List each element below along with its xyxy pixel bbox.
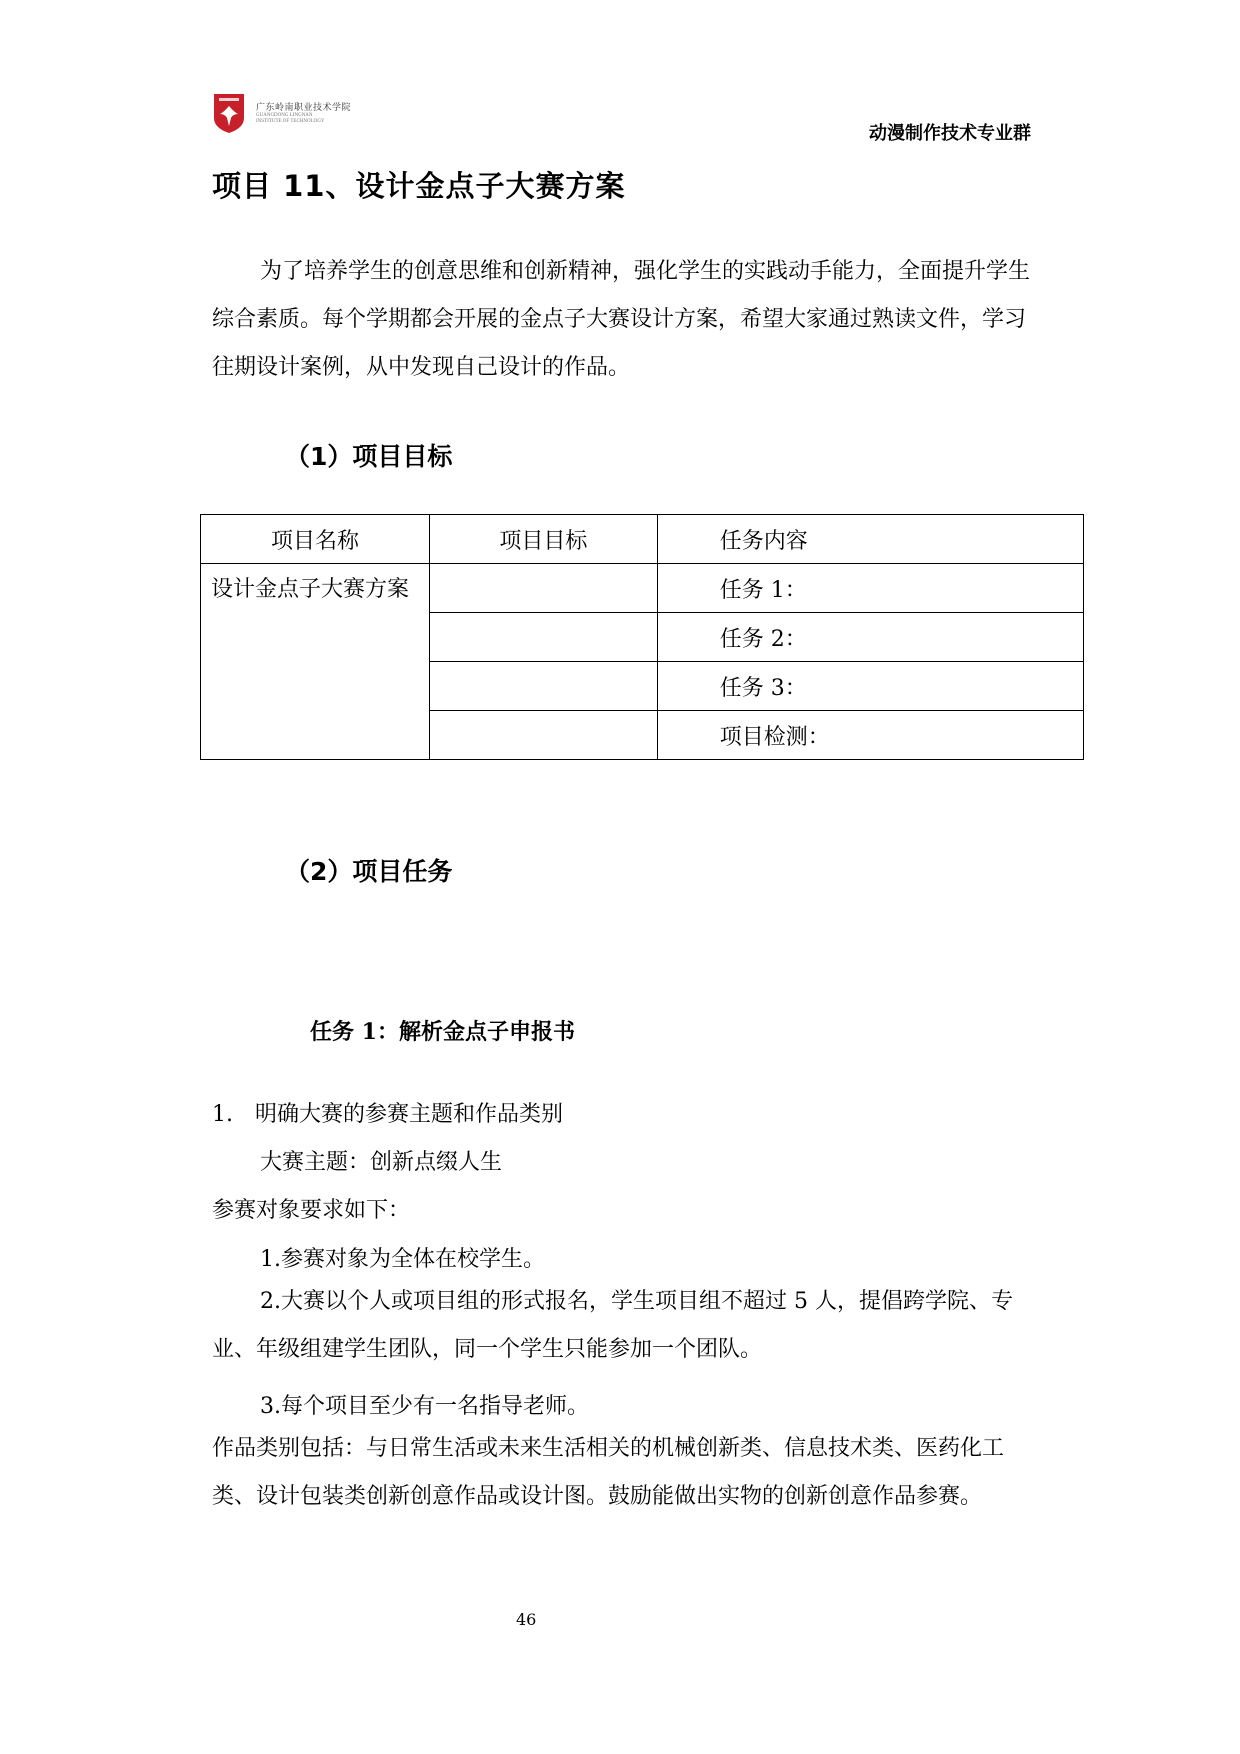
- school-name: 广东岭南职业技术学院 GUANGDONG LINGNAN INSTITUTE O…: [256, 100, 351, 125]
- requirements-label: 参赛对象要求如下：: [212, 1193, 410, 1224]
- goal-table: 项目名称 项目目标 任务内容 设计金点子大赛方案 任务 1： 任务 2： 任务 …: [200, 514, 1084, 760]
- header-project-goal: 项目目标: [429, 515, 657, 564]
- task-cell: 项目检测：: [657, 711, 1083, 760]
- requirement-2: 2.大赛以个人或项目组的形式报名，学生项目组不超过 5 人，提倡跨学院、专业、年…: [212, 1278, 1037, 1374]
- header-task-content: 任务内容: [657, 515, 1083, 564]
- header-project-name: 项目名称: [201, 515, 430, 564]
- table-row: 设计金点子大赛方案 任务 1：: [201, 564, 1084, 613]
- school-name-cn: 广东岭南职业技术学院: [256, 100, 351, 113]
- intro-paragraph: 为了培养学生的创意思维和创新精神，强化学生的实践动手能力，全面提升学生综合素质。…: [212, 248, 1037, 392]
- department-header: 动漫制作技术专业群: [869, 119, 1031, 145]
- task-cell: 任务 1：: [657, 564, 1083, 613]
- requirement-1: 1.参赛对象为全体在校学生。: [260, 1242, 545, 1273]
- page-number: 46: [516, 1610, 536, 1629]
- task-cell: 任务 3：: [657, 662, 1083, 711]
- project-name-cell: 设计金点子大赛方案: [201, 564, 430, 760]
- goal-cell: [429, 564, 657, 613]
- theme-line: 大赛主题：创新点缀人生: [260, 1145, 502, 1176]
- item-1: 1. 明确大赛的参赛主题和作品类别: [212, 1097, 563, 1128]
- section-heading-tasks: （2）项目任务: [285, 852, 452, 888]
- page-title: 项目 11、设计金点子大赛方案: [212, 164, 625, 205]
- task1-heading: 任务 1：解析金点子申报书: [310, 1015, 575, 1046]
- goal-cell: [429, 711, 657, 760]
- goal-cell: [429, 613, 657, 662]
- section-heading-goals: （1）项目目标: [285, 437, 452, 473]
- categories-paragraph: 作品类别包括：与日常生活或未来生活相关的机械创新类、信息技术类、医药化工类、设计…: [212, 1425, 1037, 1521]
- requirement-3: 3.每个项目至少有一名指导老师。: [260, 1389, 589, 1420]
- goal-cell: [429, 662, 657, 711]
- task-cell: 任务 2：: [657, 613, 1083, 662]
- table-header-row: 项目名称 项目目标 任务内容: [201, 515, 1084, 564]
- school-name-en-2: INSTITUTE OF TECHNOLOGY: [256, 119, 351, 125]
- school-logo-icon: [212, 92, 246, 134]
